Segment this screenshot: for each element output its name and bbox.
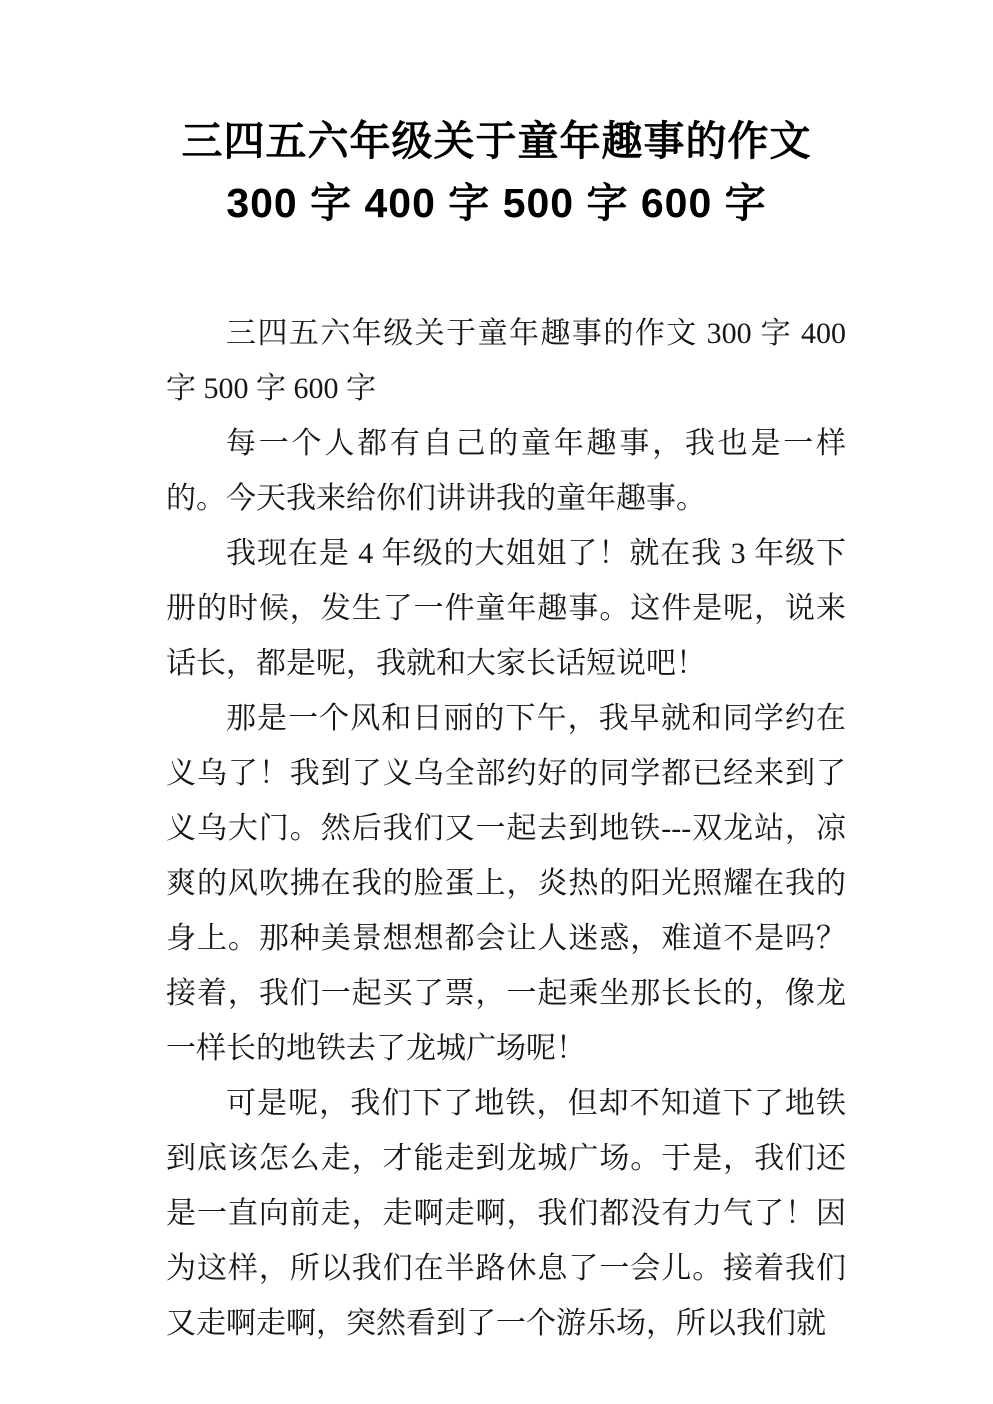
paragraph-grade-story: 我现在是 4 年级的大姐姐了！就在我 3 年级下册的时候，发生了一件童年趣事。这… — [166, 526, 846, 691]
document-title-line-1: 三四五六年级关于童年趣事的作文 — [0, 110, 993, 172]
paragraph-heading-repeat: 三四五六年级关于童年趣事的作文 300 字 400 字 500 字 600 字 — [166, 306, 846, 416]
paragraph-lost-walk: 可是呢，我们下了地铁，但却不知道下了地铁到底该怎么走，才能走到龙城广场。于是，我… — [166, 1076, 846, 1351]
document-body: 三四五六年级关于童年趣事的作文 300 字 400 字 500 字 600 字 … — [166, 306, 846, 1351]
document-title: 三四五六年级关于童年趣事的作文 300 字 400 字 500 字 600 字 — [0, 0, 993, 234]
document-page: 三四五六年级关于童年趣事的作文 300 字 400 字 500 字 600 字 … — [0, 0, 993, 1404]
paragraph-intro: 每一个人都有自己的童年趣事，我也是一样的。今天我来给你们讲讲我的童年趣事。 — [166, 416, 846, 526]
paragraph-subway-trip: 那是一个风和日丽的下午，我早就和同学约在义乌了！我到了义乌全部约好的同学都已经来… — [166, 691, 846, 1076]
document-title-line-2: 300 字 400 字 500 字 600 字 — [0, 172, 993, 234]
